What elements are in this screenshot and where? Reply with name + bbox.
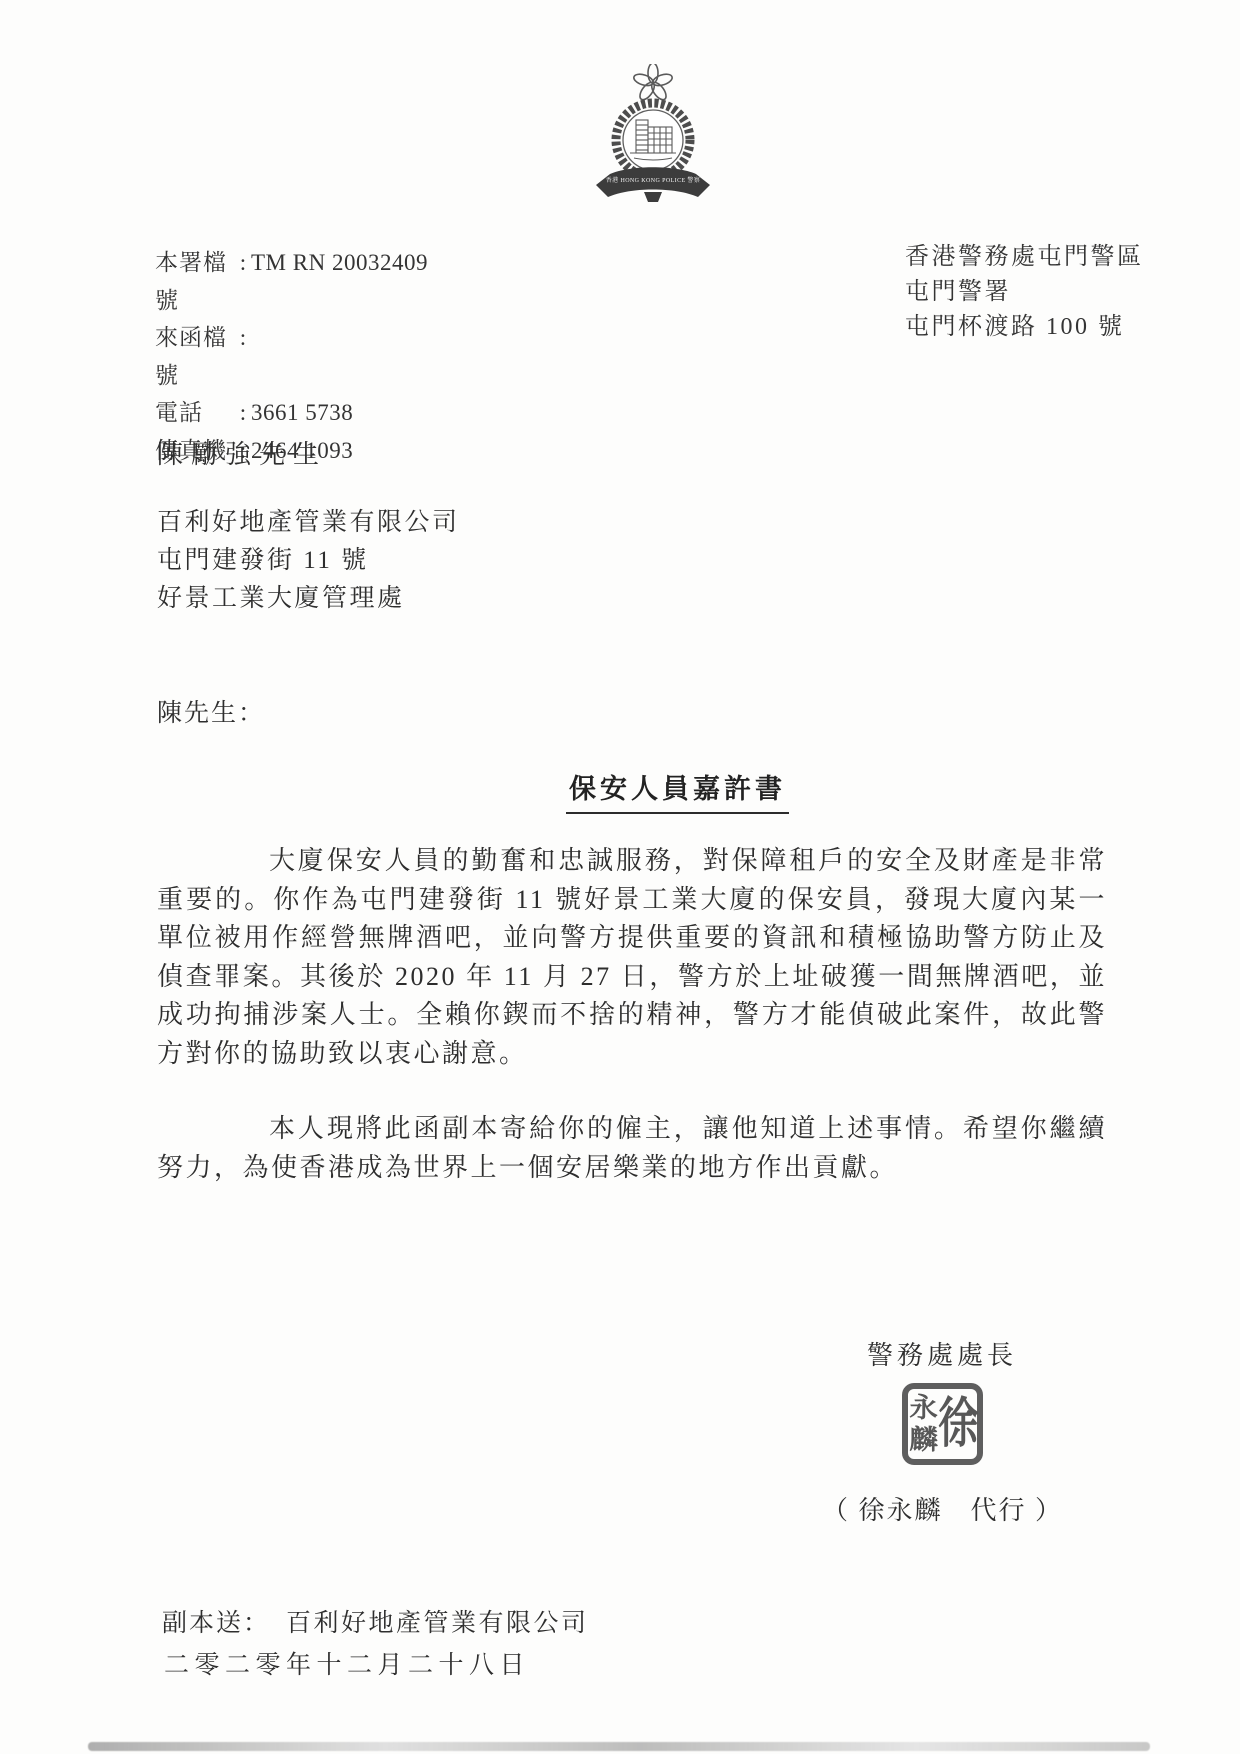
seal-char: 徐 (938, 1397, 978, 1451)
recipient-address-block: 百利好地產管業有限公司 屯門建發街 11 號 好景工業大廈管理處 (157, 504, 460, 618)
recipient-address-line: 百利好地產管業有限公司 (157, 504, 460, 542)
scan-edge-artifact (88, 1742, 1150, 1751)
ref-row-telephone: 電話:3661 5738 (155, 394, 428, 432)
ref-row-our-file: 本署檔號:TM RN 20032409 (155, 244, 428, 319)
signatory-post-title: 警務處處長 (867, 1335, 1017, 1372)
emblem-banner-text: 香港 HONG KONG POLICE 警察 (606, 176, 700, 184)
ref-label: 來函檔號 (155, 319, 235, 394)
ref-colon: : (235, 394, 251, 432)
seal-char: 麟 (910, 1427, 938, 1454)
cc-recipient: 百利好地產管業有限公司 (286, 1610, 589, 1637)
office-address-block: 香港警務處屯門警區 屯門警署 屯門杯渡路 100 號 (905, 240, 1144, 345)
letter-page: 香港 HONG KONG POLICE 警察 本署檔號:TM RN 200324… (0, 0, 1240, 1754)
office-address-line: 屯門警署 (905, 275, 1144, 310)
cc-line: 副本送：百利好地產管業有限公司 (162, 1603, 589, 1639)
bauhinia-flower-icon (632, 64, 673, 102)
office-address-line: 屯門杯渡路 100 號 (905, 310, 1144, 345)
hong-kong-police-emblem-icon: 香港 HONG KONG POLICE 警察 (590, 64, 716, 204)
salutation: 陳先生： (157, 693, 265, 729)
cc-label: 副本送： (162, 1610, 270, 1637)
letter-date: 二零二零年十二月二十八日 (164, 1645, 530, 1681)
recipient-address-line: 屯門建發街 11 號 (157, 542, 460, 580)
letter-title: 保安人員嘉許書 (566, 767, 789, 814)
body-paragraph-2: 本人現將此函副本寄給你的僱主，讓他知道上述事情。希望你繼續努力，為使香港成為世界… (157, 1110, 1107, 1187)
ref-row-your-file: 來函檔號: (155, 319, 428, 394)
ref-value: 3661 5738 (251, 394, 353, 432)
signed-by-line: （ 徐永麟 代行 ） (822, 1490, 1063, 1527)
ref-label: 電話 (155, 394, 235, 432)
seal-right-column: 徐 (940, 1389, 977, 1459)
ref-colon: : (235, 319, 251, 394)
recipient-name: 陳勵強先生 (157, 434, 327, 471)
name-seal-stamp: 永 麟 徐 (902, 1383, 983, 1465)
ref-label: 本署檔號 (155, 244, 235, 319)
ref-colon: : (235, 244, 251, 319)
seal-left-column: 永 麟 (908, 1389, 940, 1459)
office-address-line: 香港警務處屯門警區 (905, 240, 1144, 275)
recipient-address-line: 好景工業大廈管理處 (157, 580, 460, 618)
body-paragraph-1: 大廈保安人員的勤奮和忠誠服務，對保障租戶的安全及財產是非常重要的。你作為屯門建發… (157, 842, 1107, 1073)
seal-char: 永 (910, 1395, 938, 1422)
emblem-ribbon: 香港 HONG KONG POLICE 警察 (596, 167, 710, 202)
ref-value: TM RN 20032409 (251, 244, 428, 319)
